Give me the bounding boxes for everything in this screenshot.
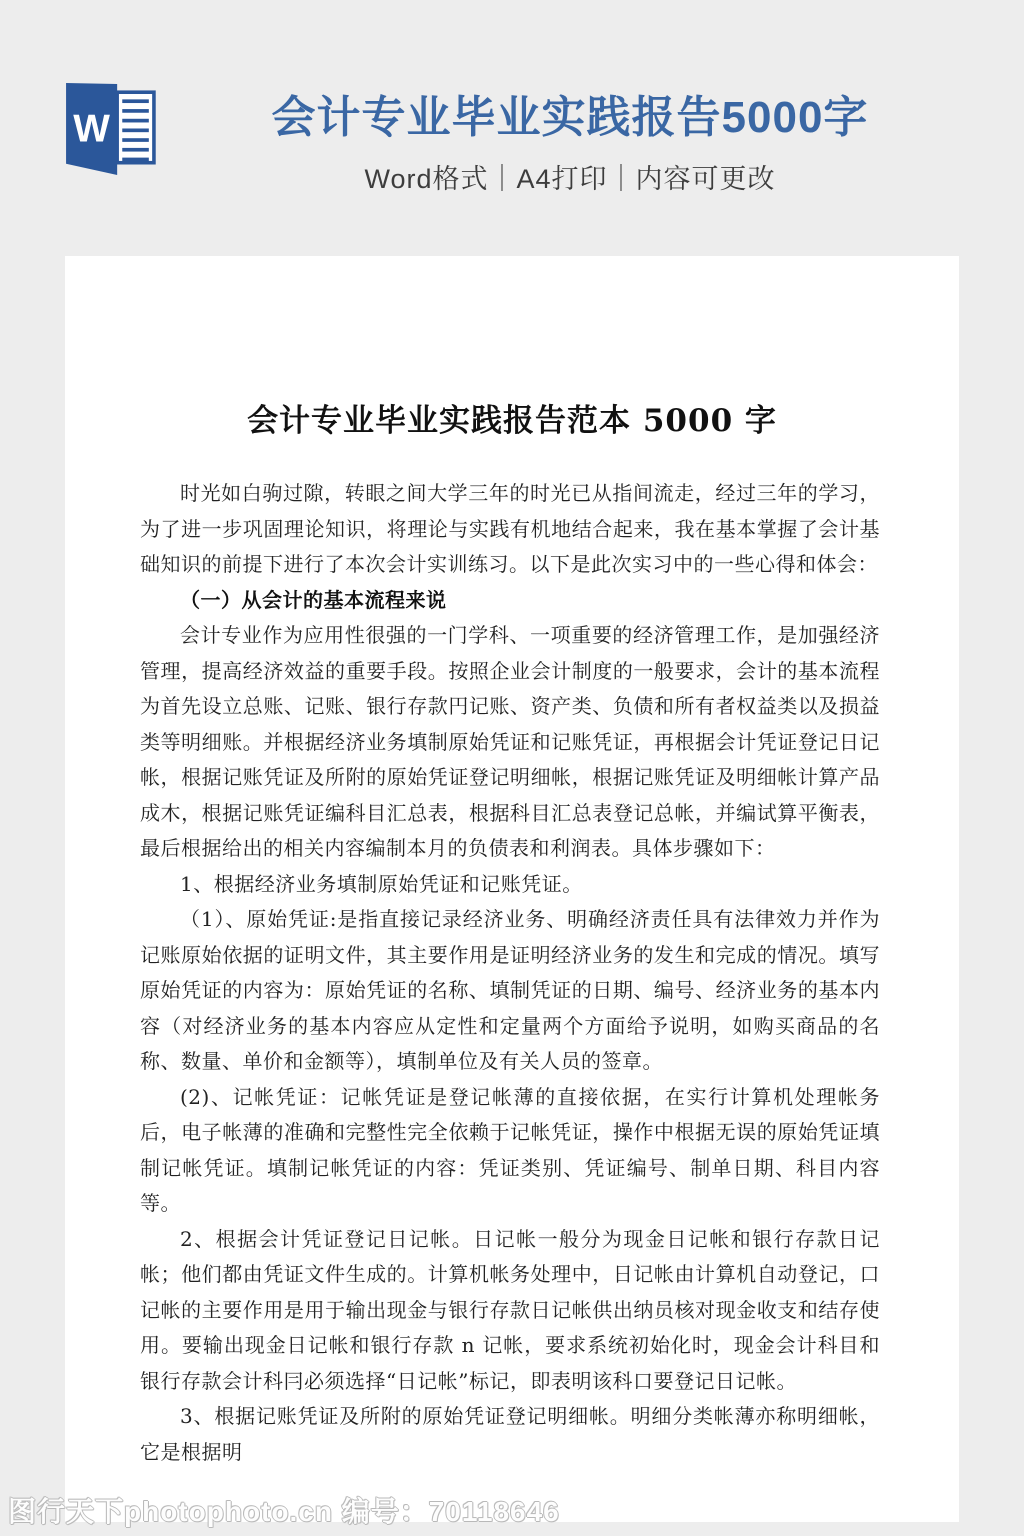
listing-header: 会计专业毕业实践报告5000字 Word格式｜A4打印｜内容可更改 (170, 94, 970, 196)
paragraph: 1、根据经济业务填制原始凭证和记账凭证。 (140, 867, 880, 903)
paragraph: (2)、记帐凭证：记帐凭证是登记帐薄的直接依据，在实行计算机处理帐务后，电子帐薄… (140, 1080, 880, 1222)
listing-subtitle: Word格式｜A4打印｜内容可更改 (170, 157, 970, 196)
paragraph: 2、根据会计凭证登记日记帐。日记帐一般分为现金日记帐和银行存款日记帐；他们都由凭… (140, 1222, 880, 1400)
page-background: W 会计专业毕业实践报告5000字 Word格式｜A4打印｜内容可更改 会计专业… (0, 0, 1024, 1536)
document-preview-page: 会计专业毕业实践报告范本 5000 字 时光如白驹过隙，转眼之间大学三年的时光已… (65, 256, 959, 1522)
section-heading: （一）从会计的基本流程来说 (140, 583, 880, 619)
paragraph: 时光如白驹过隙，转眼之间大学三年的时光已从指间流走，经过三年的学习，为了进一步巩… (140, 476, 880, 583)
watermark-text: 图行天下photophoto.cn 编号：70118646 (8, 1490, 560, 1530)
document-body: 时光如白驹过隙，转眼之间大学三年的时光已从指间流走，经过三年的学习，为了进一步巩… (140, 476, 880, 1470)
w-letter: W (73, 107, 110, 150)
paragraph: （1）、原始凭证:是指直接记录经济业务、明确经济责任具有法律效力并作为记账原始依… (140, 902, 880, 1080)
listing-title: 会计专业毕业实践报告5000字 (170, 94, 970, 142)
document-title: 会计专业毕业实践报告范本 5000 字 (65, 256, 959, 440)
word-document-icon: W (64, 82, 156, 176)
paragraph: 会计专业作为应用性很强的一门学科、一项重要的经济管理工作，是加强经济管理，提高经… (140, 618, 880, 867)
paragraph: 3、根据记账凭证及所附的原始凭证登记明细帐。明细分类帐薄亦称明细帐，它是根据明 (140, 1399, 880, 1470)
